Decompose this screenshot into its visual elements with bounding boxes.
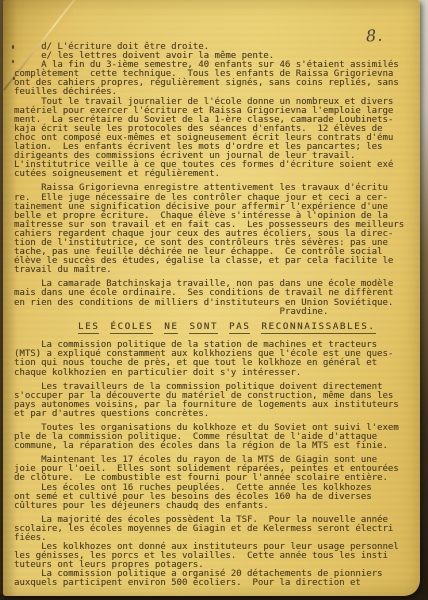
- paragraph: d/ L'écriture doit être droite. e/ les l…: [14, 43, 414, 179]
- scan-backdrop: 8. d/ L'écriture doit être droite. e/ le…: [0, 0, 428, 600]
- paragraph: Maintenant les 17 écoles du rayon de la …: [14, 456, 414, 511]
- paragraph: Raissa Grigorievna enregistre attentivem…: [14, 184, 414, 275]
- typewritten-text-column: d/ L'écriture doit être droite. e/ les l…: [14, 43, 414, 589]
- heading-word: PAS: [229, 321, 250, 335]
- paragraph: La majorité des écoles possèdent la TSF.…: [14, 516, 414, 589]
- heading-word: LES: [78, 321, 99, 335]
- paragraph: La commission politique de la station de…: [14, 341, 414, 377]
- heading-word: SONT: [189, 321, 218, 335]
- heading-word: ÉCOLES: [110, 321, 153, 335]
- section-heading: LESÉCOLESNESONTPASRECONNAISSABLES.: [78, 321, 414, 335]
- heading-word: RECONNAISSABLES.: [261, 321, 375, 335]
- document-page: 8. d/ L'écriture doit être droite. e/ le…: [3, 0, 420, 596]
- paragraph: La camarade Batchinskaja travaille, non …: [14, 280, 414, 316]
- paragraph: Les travailleurs de la commission politi…: [14, 383, 414, 419]
- text-block-1: d/ L'écriture doit être droite. e/ les l…: [14, 43, 414, 317]
- heading-word: NE: [164, 321, 178, 335]
- text-block-2: La commission politique de la station de…: [14, 341, 414, 588]
- paragraph: Toutes les organisations du kolkhoze et …: [14, 424, 414, 451]
